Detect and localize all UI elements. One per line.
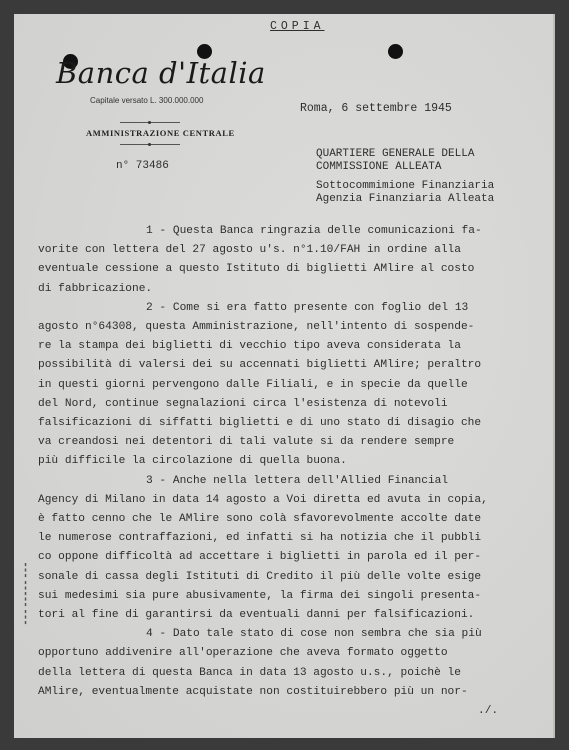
paragraph-2-line: del Nord, continue segnalazioni circa l'… <box>38 395 550 414</box>
document-page: COPIA Banca d'Italia Capitale versato L.… <box>14 14 555 738</box>
ornament-dot-icon <box>148 143 151 146</box>
paragraph-3-line: 3 - Anche nella lettera dell'Allied Fina… <box>38 472 550 491</box>
paragraph-3-line: tori al fine di garantirsi da eventuali … <box>38 606 550 625</box>
paragraph-1-line: di fabbricazione. <box>38 280 550 299</box>
capital-line: Capitale versato L. 300.000.000 <box>90 96 203 105</box>
letter-body: 1 - Questa Banca ringrazia delle comunic… <box>38 222 550 721</box>
recipient-line: Agenzia Finanziaria Alleata <box>316 193 494 206</box>
paragraph-1-line: vorite con lettera del 27 agosto u's. n°… <box>38 241 550 260</box>
recipient-line: QUARTIERE GENERALE DELLA <box>316 148 494 161</box>
ornament-dot-icon <box>148 121 151 124</box>
recipient-address: QUARTIERE GENERALE DELLA COMMISSIONE ALL… <box>316 148 494 206</box>
paragraph-3-line: è fatto cenno che le AMlire sono colà sf… <box>38 510 550 529</box>
copia-heading: COPIA <box>270 20 325 33</box>
paragraph-4-line: della lettera di questa Banca in data 13… <box>38 664 550 683</box>
paragraph-2-line: re la stampa dei biglietti di vecchio ti… <box>38 337 550 356</box>
department-title: AMMINISTRAZIONE CENTRALE <box>86 128 235 138</box>
protocol-number: n° 73486 <box>116 160 169 172</box>
paragraph-3-line: le numerose contraffazioni, ed infatti s… <box>38 529 550 548</box>
paragraph-3-line: co oppone difficoltà ad accettare i bigl… <box>38 548 550 567</box>
bank-logo: Banca d'Italia <box>56 56 266 90</box>
paragraph-4-line: opportuno addivenire all'operazione che … <box>38 644 550 663</box>
page-edge <box>553 14 555 738</box>
paragraph-1-line: 1 - Questa Banca ringrazia delle comunic… <box>38 222 550 241</box>
paragraph-2-line: falsificazioni di siffatti biglietti e d… <box>38 414 550 433</box>
paragraph-4-line: AMlire, eventualmente acquistate non cos… <box>38 683 550 702</box>
paragraph-2-line: va creandosi nei detentori di tali valut… <box>38 433 550 452</box>
paragraph-3-line: sui medesimi sia pure abusivamente, la f… <box>38 587 550 606</box>
dateline: Roma, 6 settembre 1945 <box>300 102 452 115</box>
paragraph-1-line: eventuale cessione a questo Istituto di … <box>38 260 550 279</box>
paragraph-4-line: 4 - Dato tale stato di cose non sembra c… <box>38 625 550 644</box>
recipient-line: Sottocommimione Finanziaria <box>316 180 494 193</box>
continuation-mark: ./. <box>38 702 550 721</box>
punch-hole-icon <box>388 44 403 59</box>
paragraph-2-line: possibilità di valersi dei su accennati … <box>38 356 550 375</box>
paragraph-3-line: sonale di cassa degli Istituti di Credit… <box>38 568 550 587</box>
paragraph-2-line: agosto n°64308, questa Amministrazione, … <box>38 318 550 337</box>
paragraph-3-line: Agency di Milano in data 14 agosto a Voi… <box>38 491 550 510</box>
printer-margin-mark: ▮▮▮ ▮▮▮▮▮ ▮▮▮ <box>23 562 28 626</box>
paragraph-2-line: in questi giorni pervengono dalle Filial… <box>38 376 550 395</box>
paragraph-2-line: 2 - Come si era fatto presente con fogli… <box>38 299 550 318</box>
paragraph-2-line: più difficile la circolazione di quella … <box>38 452 550 471</box>
recipient-line: COMMISSIONE ALLEATA <box>316 161 494 174</box>
